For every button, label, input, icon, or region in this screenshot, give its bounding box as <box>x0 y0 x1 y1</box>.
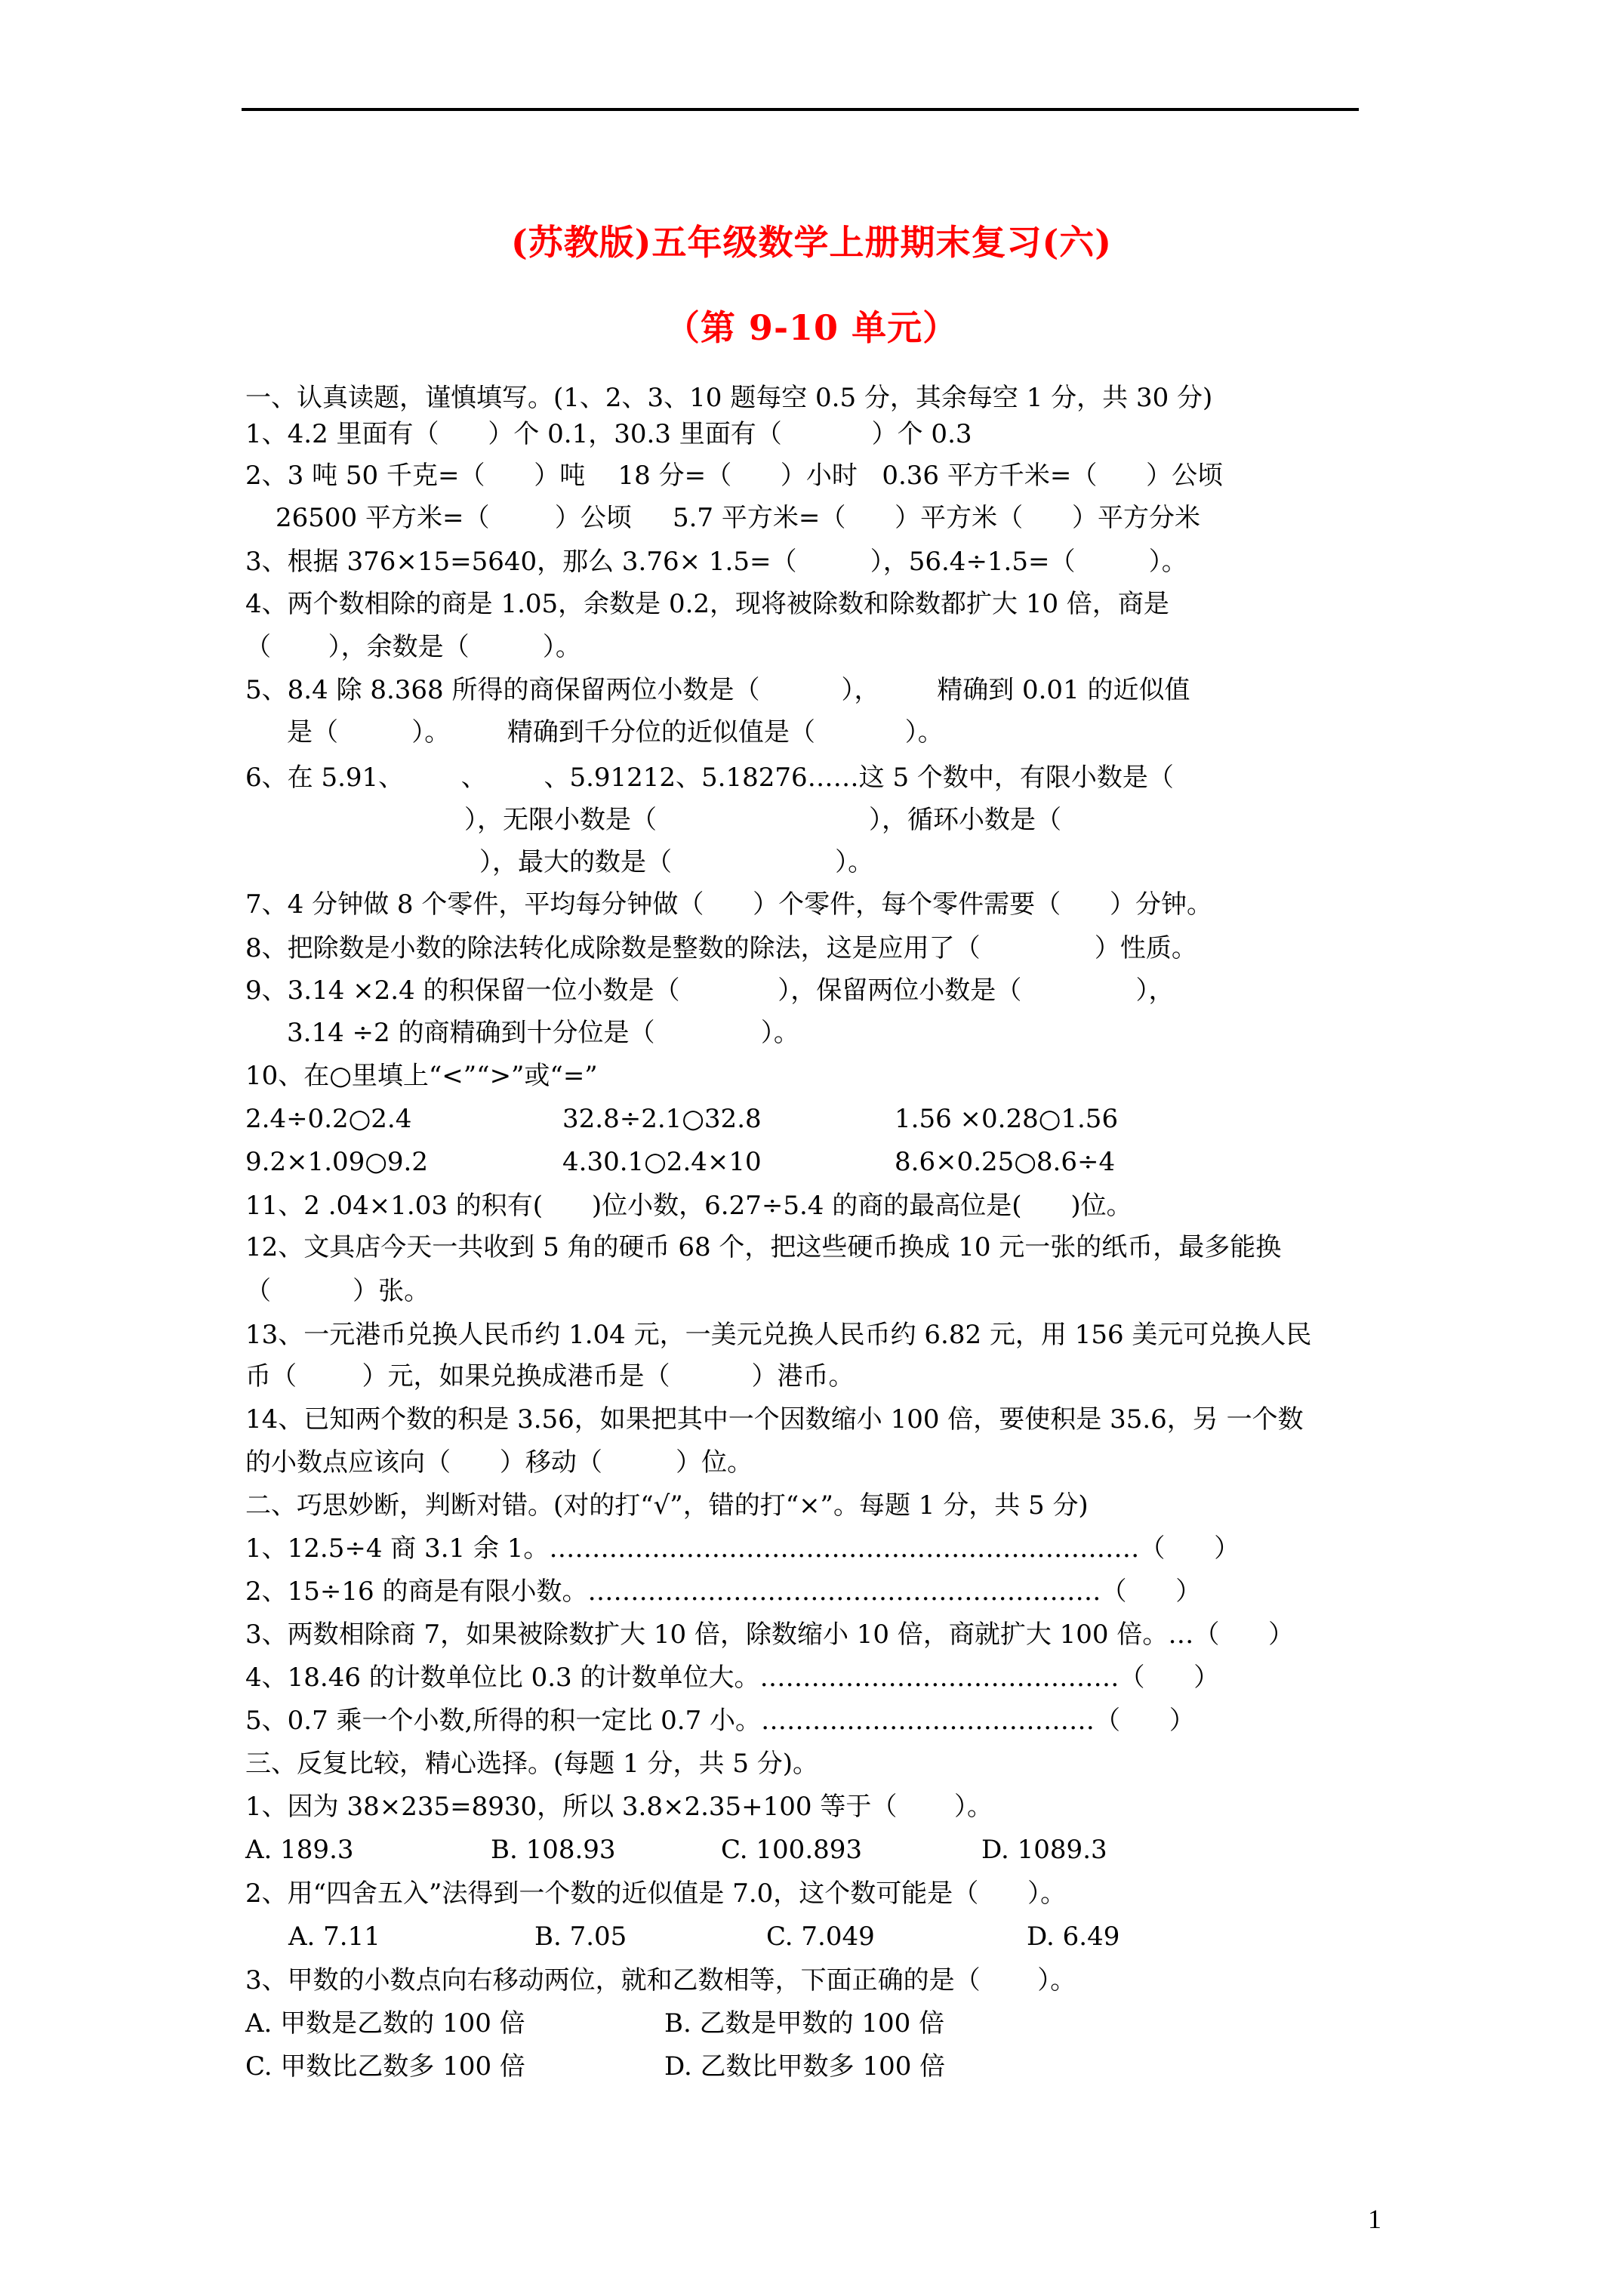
choice-option-b: B. 108.93 <box>491 1835 616 1865</box>
question-1-8: 8、把除数是小数的除法转化成除数是整数的除法，这是应用了（ ）性质。 <box>245 933 1197 963</box>
question-1-7: 7、4 分钟做 8 个零件，平均每分钟做（ ）个零件，每个零件需要（ ）分钟。 <box>245 889 1212 920</box>
compare-item: 2.4÷0.2○2.4 <box>245 1104 411 1134</box>
question-1-5-line2: 是（ ）。 精确到千分位的近似值是（ ）。 <box>287 717 944 747</box>
question-1-14-line1: 14、已知两个数的积是 3.56，如果把其中一个因数缩小 100 倍，要使积是 … <box>245 1404 1304 1435</box>
question-1-5-line1: 5、8.4 除 8.368 所得的商保留两位小数是（ ）， 精确到 0.01 的… <box>245 675 1190 705</box>
compare-item: 9.2×1.09○9.2 <box>245 1147 428 1177</box>
compare-item: 8.6×0.25○8.6÷4 <box>895 1147 1115 1177</box>
judgment-item-4: 4、18.46 的计数单位比 0.3 的计数单位大。……………………………………… <box>245 1663 1219 1693</box>
page-number: 1 <box>1368 2203 1381 2235</box>
judgment-item-5: 5、0.7 乘一个小数,所得的积一定比 0.7 小。…………………………………（… <box>245 1706 1195 1736</box>
choice-option-b: B. 7.05 <box>534 1922 627 1952</box>
question-1-11: 11、2 .04×1.03 的积有( )位小数，6.27÷5.4 的商的最高位是… <box>245 1191 1132 1221</box>
judgment-item-2: 2、15÷16 的商是有限小数。……………………………………………………（ ） <box>245 1576 1201 1607</box>
question-1-1: 1、4.2 里面有（ ）个 0.1，30.3 里面有（ ）个 0.3 <box>245 419 972 449</box>
section-3-heading: 三、反复比较，精心选择。(每题 1 分，共 5 分)。 <box>245 1749 818 1779</box>
question-1-10: 10、在○里填上“<”“>”或“=” <box>245 1061 598 1091</box>
choice-option-c: C. 100.893 <box>721 1835 862 1865</box>
question-1-13-line1: 13、一元港币兑换人民币约 1.04 元，一美元兑换人民币约 6.82 元，用 … <box>245 1320 1311 1350</box>
compare-item: 32.8÷2.1○32.8 <box>562 1104 762 1134</box>
compare-item: 1.56 ×0.28○1.56 <box>895 1104 1118 1134</box>
question-1-6-line1: 6、在 5.91、 、 、5.91212、5.18276……这 5 个数中，有限… <box>245 763 1174 793</box>
question-1-2-line2: 26500 平方米=（ ）公顷 5.7 平方米=（ ）平方米（ ）平方分米 <box>276 503 1200 533</box>
header-rule <box>242 108 1359 111</box>
page-subtitle: （第 9-10 单元） <box>0 300 1623 350</box>
judgment-item-3: 3、两数相除商 7，如果被除数扩大 10 倍，除数缩小 10 倍，商就扩大 10… <box>245 1620 1294 1650</box>
choice-option-d: D. 1089.3 <box>981 1835 1107 1865</box>
question-1-12-line1: 12、文具店今天一共收到 5 角的硬币 68 个，把这些硬币换成 10 元一张的… <box>245 1232 1281 1262</box>
choice-option-c: C. 7.049 <box>766 1922 875 1952</box>
question-1-6-line3: ），最大的数是（ ）。 <box>479 847 873 877</box>
choice-question-1: 1、因为 38×235=8930，所以 3.8×2.35+100 等于（ ）。 <box>245 1792 993 1822</box>
section-1-heading: 一、认真读题，谨慎填写。(1、2、3、10 题每空 0.5 分，其余每空 1 分… <box>245 383 1212 413</box>
question-1-6-line2: ），无限小数是（ ），循环小数是（ <box>464 805 1061 835</box>
compare-item: 4.30.1○2.4×10 <box>562 1147 762 1177</box>
judgment-item-1: 1、12.5÷4 商 3.1 余 1。………………………………………………………… <box>245 1533 1240 1564</box>
choice-option-a: A. 189.3 <box>245 1835 354 1865</box>
question-1-9-line1: 9、3.14 ×2.4 的积保留一位小数是（ ），保留两位小数是（ ）， <box>245 975 1175 1006</box>
question-1-13-line2: 币（ ）元，如果兑换成港币是（ ）港币。 <box>245 1361 855 1391</box>
page-title: (苏教版)五年级数学上册期末复习(六) <box>0 215 1623 265</box>
choice-option-b: B. 乙数是甲数的 100 倍 <box>664 2008 944 2039</box>
question-1-14-line2: 的小数点应该向（ ）移动（ ）位。 <box>245 1447 753 1478</box>
choice-option-d: D. 6.49 <box>1027 1922 1119 1952</box>
section-2-heading: 二、巧思妙断，判断对错。(对的打“√”，错的打“×”。每题 1 分，共 5 分) <box>245 1490 1089 1521</box>
choice-option-a: A. 甲数是乙数的 100 倍 <box>245 2008 525 2039</box>
choice-option-d: D. 乙数比甲数多 100 倍 <box>664 2051 945 2082</box>
choice-question-2: 2、用“四舍五入”法得到一个数的近似值是 7.0，这个数可能是（ ）。 <box>245 1878 1066 1909</box>
question-1-4-line2: （ ），余数是（ ）。 <box>245 632 581 662</box>
question-1-12-line2: （ ）张。 <box>245 1276 430 1306</box>
question-1-3: 3、根据 376×15=5640，那么 3.76× 1.5=（ ），56.4÷1… <box>245 547 1187 577</box>
question-1-2-line1: 2、3 吨 50 千克=（ ）吨 18 分=（ ）小时 0.36 平方千米=（ … <box>245 461 1223 491</box>
choice-question-3: 3、甲数的小数点向右移动两位，就和乙数相等，下面正确的是（ ）。 <box>245 1965 1076 1996</box>
question-1-4-line1: 4、两个数相除的商是 1.05，余数是 0.2，现将被除数和除数都扩大 10 倍… <box>245 589 1169 619</box>
question-1-9-line2: 3.14 ÷2 的商精确到十分位是（ ）。 <box>287 1018 799 1048</box>
choice-option-a: A. 7.11 <box>288 1922 380 1952</box>
choice-option-c: C. 甲数比乙数多 100 倍 <box>245 2051 525 2082</box>
